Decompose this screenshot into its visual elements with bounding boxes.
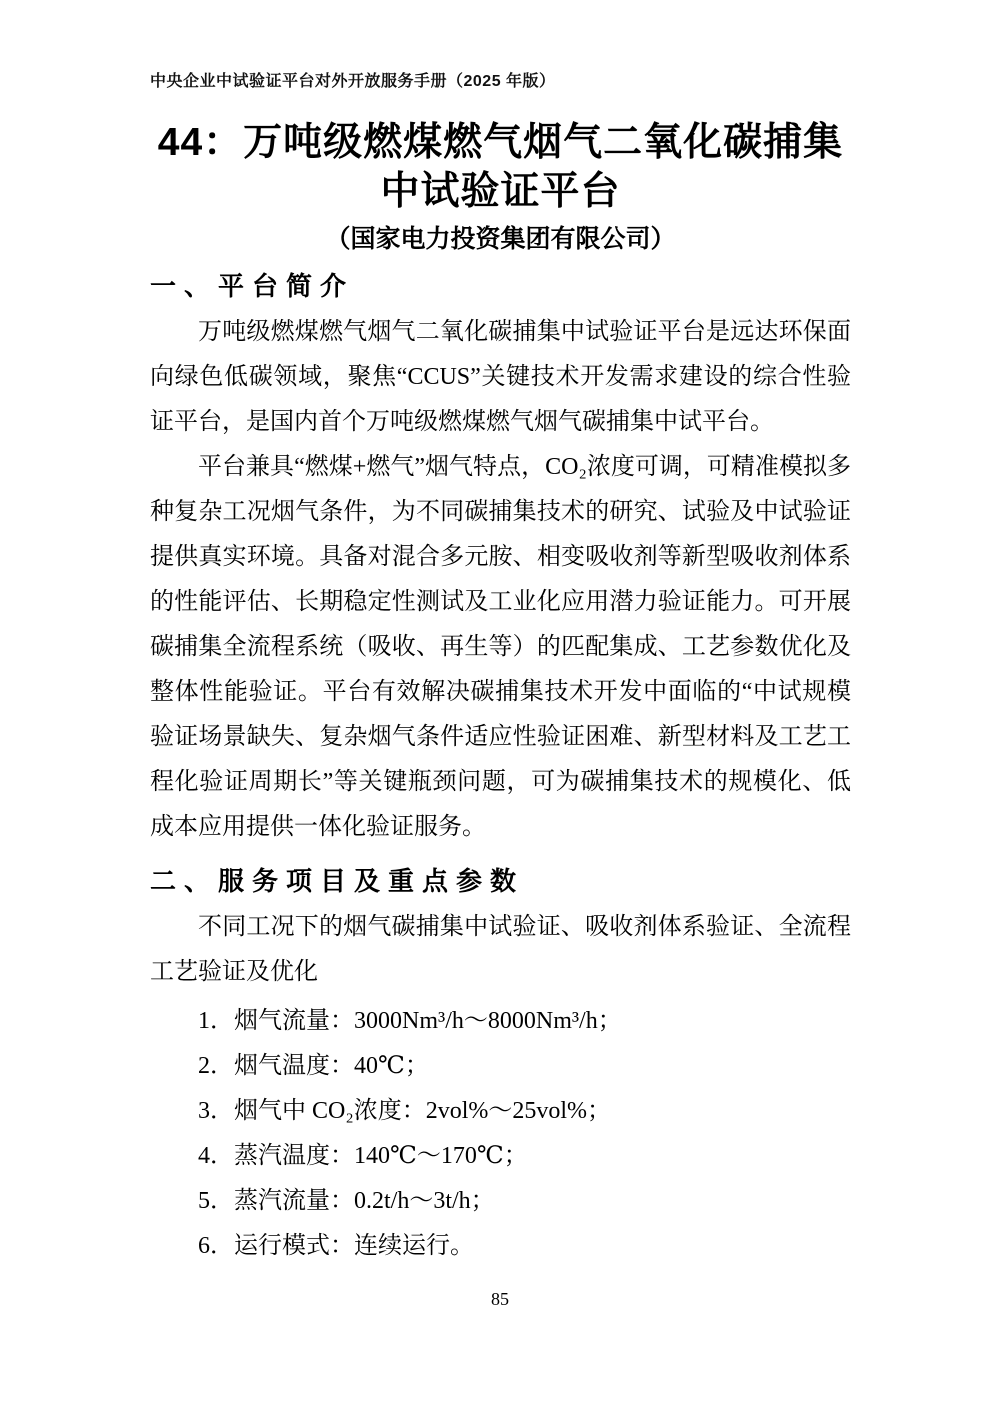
list-item: 2．烟气温度：40℃； xyxy=(150,1044,851,1089)
page-title: 44：万吨级燃煤燃气烟气二氧化碳捕集 中试验证平台 xyxy=(150,118,851,216)
page-number: 85 xyxy=(0,1288,1000,1310)
organization-subtitle: （国家电力投资集团有限公司） xyxy=(150,223,851,255)
section-2-heading: 二、服务项目及重点参数 xyxy=(150,862,851,902)
list-item: 6．运行模式：连续运行。 xyxy=(150,1224,851,1269)
list-item: 4．蒸汽温度：140℃～170℃； xyxy=(150,1134,851,1179)
section-1-paragraph-1: 万吨级燃煤燃气烟气二氧化碳捕集中试验证平台是远达环保面向绿色低碳领域，聚焦“CC… xyxy=(150,310,851,445)
section-2-intro: 不同工况下的烟气碳捕集中试验证、吸收剂体系验证、全流程工艺验证及优化 xyxy=(150,905,851,995)
section-1-paragraph-2: 平台兼具“燃煤+燃气”烟气特点，CO₂浓度可调，可精准模拟多种复杂工况烟气条件，… xyxy=(150,445,851,850)
list-item: 1．烟气流量：3000Nm³/h～8000Nm³/h； xyxy=(150,999,851,1044)
list-item: 3．烟气中 CO₂浓度：2vol%～25vol%； xyxy=(150,1089,851,1134)
document-page: 中央企业中试验证平台对外开放服务手册（2025 年版） 44：万吨级燃煤燃气烟气… xyxy=(0,0,1000,1414)
page-title-line-1: 44：万吨级燃煤燃气烟气二氧化碳捕集 xyxy=(150,118,851,167)
section-1-heading: 一、平台简介 xyxy=(150,267,851,307)
page-title-line-2: 中试验证平台 xyxy=(150,167,851,216)
list-item: 5．蒸汽流量：0.2t/h～3t/h； xyxy=(150,1179,851,1224)
parameter-list: 1．烟气流量：3000Nm³/h～8000Nm³/h； 2．烟气温度：40℃； … xyxy=(150,999,851,1269)
running-header: 中央企业中试验证平台对外开放服务手册（2025 年版） xyxy=(150,72,851,92)
